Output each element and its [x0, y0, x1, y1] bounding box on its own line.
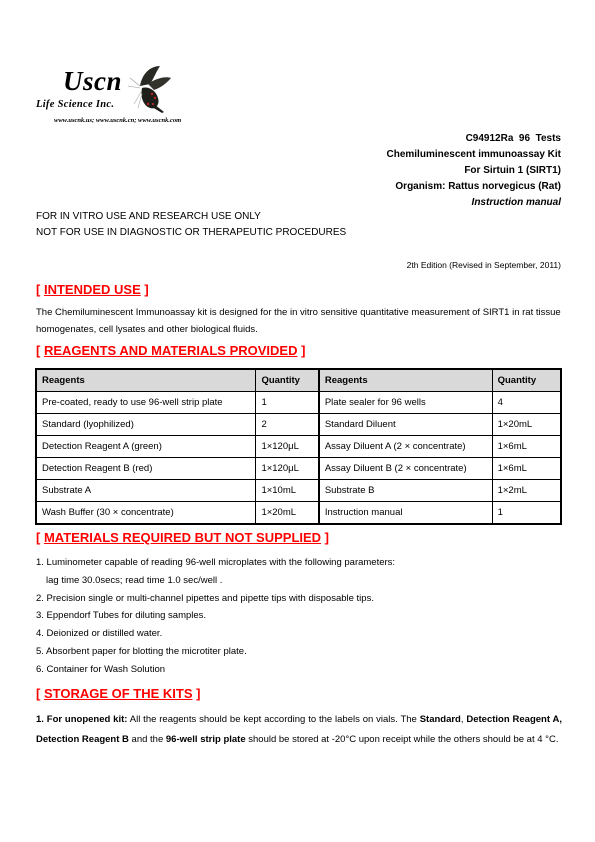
- reagent-quantity-cell: 1×2mL: [492, 480, 561, 502]
- table-row: Detection Reagent A (green)1×120μLAssay …: [36, 436, 561, 458]
- logo-brand: Uscn: [63, 66, 122, 97]
- table-header-row: Reagents Quantity Reagents Quantity: [36, 369, 561, 392]
- reagents-table: Reagents Quantity Reagents Quantity Pre-…: [35, 368, 562, 525]
- butterfly-logo-icon: [126, 64, 172, 114]
- reagent-quantity-cell: 1×6mL: [492, 436, 561, 458]
- reagent-quantity-cell: 1×120μL: [256, 436, 319, 458]
- list-item: 2. Precision single or multi-channel pip…: [36, 590, 395, 608]
- column-header: Reagents: [319, 369, 492, 392]
- list-item: 5. Absorbent paper for blotting the micr…: [36, 643, 395, 661]
- table-row: Substrate A1×10mLSubstrate B1×2mL: [36, 480, 561, 502]
- kit-organism: Organism: Rattus norvegicus (Rat): [387, 179, 562, 195]
- table-row: Pre-coated, ready to use 96-well strip p…: [36, 392, 561, 414]
- reagent-name-cell: Pre-coated, ready to use 96-well strip p…: [36, 392, 256, 414]
- disclaimer: FOR IN VITRO USE AND RESEARCH USE ONLY N…: [36, 209, 346, 241]
- column-header: Quantity: [492, 369, 561, 392]
- kit-target: For Sirtuin 1 (SIRT1): [387, 163, 562, 179]
- kit-type: Chemiluminescent immunoassay Kit: [387, 147, 562, 163]
- reagent-quantity-cell: 1×120μL: [256, 458, 319, 480]
- reagent-quantity-cell: 4: [492, 392, 561, 414]
- section-title-reagents: [ REAGENTS AND MATERIALS PROVIDED ]: [36, 343, 305, 358]
- reagent-quantity-cell: 1×10mL: [256, 480, 319, 502]
- section-title-storage: [ STORAGE OF THE KITS ]: [36, 686, 200, 701]
- reagent-quantity-cell: 1×6mL: [492, 458, 561, 480]
- section-title-materials-required: [ MATERIALS REQUIRED BUT NOT SUPPLIED ]: [36, 530, 329, 545]
- disclaimer-line-2: NOT FOR USE IN DIAGNOSTIC OR THERAPEUTIC…: [36, 225, 346, 241]
- list-item: lag time 30.0secs; read time 1.0 sec/wel…: [36, 572, 395, 590]
- table-row: Standard (lyophilized)2Standard Diluent1…: [36, 414, 561, 436]
- logo-urls: www.uscnk.us; www.uscnk.cn; www.uscnk.co…: [54, 117, 181, 124]
- doc-type: Instruction manual: [387, 195, 562, 211]
- reagent-name-cell: Instruction manual: [319, 502, 492, 525]
- storage-label: 1. For unopened kit:: [36, 714, 127, 725]
- table-row: Detection Reagent B (red)1×120μLAssay Di…: [36, 458, 561, 480]
- table-row: Wash Buffer (30 × concentrate)1×20mLInst…: [36, 502, 561, 525]
- reagent-quantity-cell: 1: [492, 502, 561, 525]
- section-title-intended-use: [ INTENDED USE ]: [36, 282, 149, 297]
- list-item: 6. Container for Wash Solution: [36, 661, 395, 679]
- catalog-number: C94912Ra 96 Tests: [387, 131, 562, 147]
- reagent-quantity-cell: 1: [256, 392, 319, 414]
- reagent-quantity-cell: 1×20mL: [492, 414, 561, 436]
- list-item: 4. Deionized or distilled water.: [36, 625, 395, 643]
- column-header: Quantity: [256, 369, 319, 392]
- list-item: 1. Luminometer capable of reading 96-wel…: [36, 554, 395, 572]
- reagent-quantity-cell: 2: [256, 414, 319, 436]
- reagent-name-cell: Substrate B: [319, 480, 492, 502]
- reagent-name-cell: Standard (lyophilized): [36, 414, 256, 436]
- list-item: 3. Eppendorf Tubes for diluting samples.: [36, 607, 395, 625]
- reagent-quantity-cell: 1×20mL: [256, 502, 319, 525]
- intended-use-text: The Chemiluminescent Immunoassay kit is …: [36, 304, 562, 338]
- kit-header: C94912Ra 96 Tests Chemiluminescent immun…: [387, 131, 562, 211]
- reagent-name-cell: Substrate A: [36, 480, 256, 502]
- disclaimer-line-1: FOR IN VITRO USE AND RESEARCH USE ONLY: [36, 209, 346, 225]
- reagent-name-cell: Detection Reagent B (red): [36, 458, 256, 480]
- column-header: Reagents: [36, 369, 256, 392]
- materials-required-list: 1. Luminometer capable of reading 96-wel…: [36, 554, 395, 679]
- storage-text: 1. For unopened kit: All the reagents sh…: [36, 710, 562, 749]
- reagent-name-cell: Standard Diluent: [319, 414, 492, 436]
- logo-subtitle: Life Science Inc.: [36, 99, 114, 110]
- edition-note: 2th Edition (Revised in September, 2011): [407, 260, 561, 270]
- reagent-name-cell: Detection Reagent A (green): [36, 436, 256, 458]
- reagent-name-cell: Wash Buffer (30 × concentrate): [36, 502, 256, 525]
- reagent-name-cell: Assay Diluent A (2 × concentrate): [319, 436, 492, 458]
- reagent-name-cell: Plate sealer for 96 wells: [319, 392, 492, 414]
- reagent-name-cell: Assay Diluent B (2 × concentrate): [319, 458, 492, 480]
